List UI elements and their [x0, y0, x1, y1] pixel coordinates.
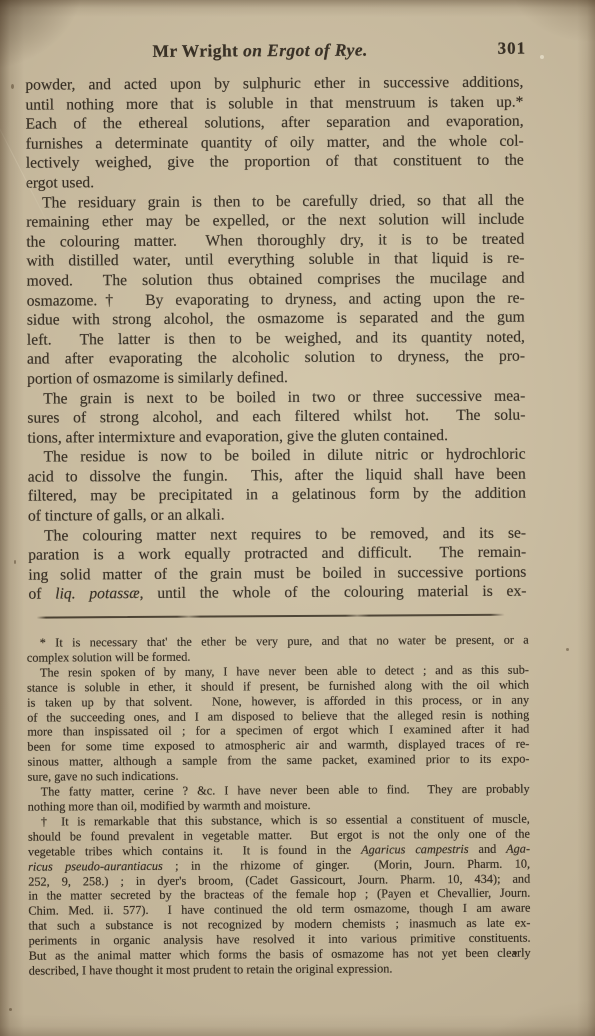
- text-line: remaining ether may be expelled, or the …: [26, 210, 524, 233]
- paragraph: The grain is next to be boiled in two or…: [27, 386, 525, 448]
- page-speck: [540, 55, 544, 59]
- page-number: 301: [498, 39, 527, 59]
- text-line: Each of the ethereal solutions, after se…: [26, 112, 524, 135]
- text-line: lectively weighed, give the proportion o…: [26, 151, 524, 174]
- header-title: on Ergot of Rye.: [243, 40, 368, 61]
- page-speck: [489, 120, 491, 122]
- footnote-rule: [37, 614, 505, 619]
- text-line: But as the animal matter which forms the…: [29, 946, 531, 964]
- page-speck: [566, 648, 569, 651]
- header-author: Mr Wright: [152, 40, 238, 61]
- page-content: Mr Wright on Ergot of Rye. 301 powder, a…: [0, 0, 595, 1036]
- running-head: Mr Wright on Ergot of Rye.: [25, 39, 495, 63]
- italic-text: liq. potassæ: [55, 585, 140, 603]
- paragraph: The residuary grain is then to be carefu…: [26, 190, 525, 389]
- text-line: of liq. potassæ, until the whole of the …: [28, 582, 526, 605]
- page-speck: [513, 951, 517, 955]
- text-line: powder, and acted upon by sulphuric ethe…: [25, 73, 523, 96]
- page-speck: [11, 84, 14, 89]
- text-line: and after evaporating the alcoholic solu…: [27, 347, 525, 370]
- paragraph: The colouring matter next requires to be…: [28, 523, 526, 604]
- scanned-page: Mr Wright on Ergot of Rye. 301 powder, a…: [0, 0, 595, 1036]
- text-line: described, I have thought it most pruden…: [29, 961, 531, 979]
- paragraph: powder, and acted upon by sulphuric ethe…: [25, 73, 524, 194]
- text-line: sidue with strong alcohol, the osmazome …: [27, 308, 525, 331]
- body-text: powder, and acted upon by sulphuric ethe…: [25, 73, 526, 605]
- paragraph: The residue is now to be boiled in dilut…: [28, 445, 526, 526]
- page-speck: [14, 560, 16, 564]
- italic-text: Aga-: [506, 841, 530, 855]
- text-line: sures of strong alcohol, and each filter…: [27, 406, 525, 429]
- text-line: moved. The solution thus obtained compri…: [26, 269, 524, 292]
- paragraph: The resin spoken of by many, I have neve…: [27, 662, 530, 784]
- page-speck: [9, 1008, 12, 1011]
- italic-text: ricus pseudo-aurantiacus: [28, 858, 163, 873]
- text-line: filtered, may be precipitated in a gelat…: [28, 484, 526, 507]
- paragraph: † It is remarkable that this substance, …: [28, 811, 531, 978]
- paragraph: The fatty matter, cerine ? &c. I have ne…: [28, 782, 530, 815]
- paragraph: * It is necessary that' the ether be ver…: [27, 633, 529, 666]
- footnotes: * It is necessary that' the ether be ver…: [27, 633, 531, 979]
- text-line: * It is necessary that' the ether be ver…: [27, 633, 529, 651]
- italic-text: Agaricus campestris: [361, 842, 469, 857]
- text-line: The fatty matter, cerine ? &c. I have ne…: [28, 782, 530, 800]
